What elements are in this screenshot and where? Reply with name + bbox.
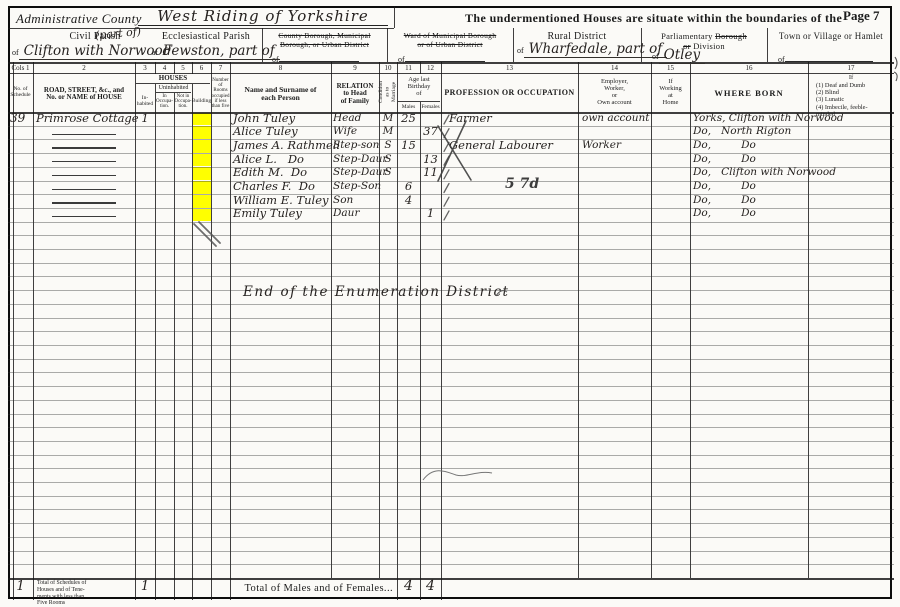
grid-hline xyxy=(8,304,894,305)
person-age-m: 6 xyxy=(398,180,419,194)
header-schedule: No. of Schedule xyxy=(9,76,32,110)
col-number: 5 xyxy=(175,63,191,73)
grid-hline xyxy=(8,386,894,387)
pencil-note: 5 7d xyxy=(505,176,539,192)
grid-hline xyxy=(8,331,894,332)
grid-hline xyxy=(8,496,894,497)
ditto-dash xyxy=(52,216,116,217)
grid-hline xyxy=(8,345,894,346)
highlight-cell xyxy=(193,181,211,194)
header-age-group: Age last Birthday of xyxy=(398,74,440,102)
header-building: Building xyxy=(192,96,211,108)
header-houses-group: HOUSES xyxy=(136,74,210,84)
ecclesiastical-parish-entry: atFewston, part of xyxy=(152,42,280,60)
county-borough-title: County Borough, Municipal Borough, or Ur… xyxy=(264,31,385,49)
highlight-cell xyxy=(193,209,211,222)
col-number: 3 xyxy=(136,63,154,73)
header-infirmity-title: If xyxy=(808,74,894,82)
col-number: 11 xyxy=(398,63,419,73)
person-condition: S xyxy=(380,139,396,153)
town-blank xyxy=(785,52,873,62)
col-number: 10 xyxy=(380,63,396,73)
highlight-cell xyxy=(193,195,211,208)
grid-hline xyxy=(8,235,894,236)
person-schedule: 39 xyxy=(10,112,32,126)
grid-hline xyxy=(8,249,894,250)
person-born: Do, Do xyxy=(693,207,811,221)
person-profession: Farmer xyxy=(449,112,577,126)
census-form-page: Administrative County West Riding of Yor… xyxy=(0,0,900,607)
header-rooms: Number of Rooms occupied if less than fi… xyxy=(211,77,230,110)
person-born: Do, Clifton with Norwood xyxy=(693,166,811,180)
grid-hline xyxy=(8,468,894,469)
ditto-dash xyxy=(52,175,116,176)
col-number: 4 xyxy=(156,63,173,73)
person-name: Alice L. Do xyxy=(233,153,331,167)
person-name: James A. Rathmell xyxy=(233,139,331,153)
ditto-dash xyxy=(52,147,116,148)
grid-hline xyxy=(8,523,894,524)
col-number: 13 xyxy=(442,63,577,73)
footer-inhabited-total: 1 xyxy=(135,579,155,594)
grid-vline xyxy=(155,578,156,600)
highlight-cell xyxy=(193,126,211,139)
highlight-cell xyxy=(193,154,211,167)
ditto-dash xyxy=(52,161,116,162)
header-name: Name and Surname of each Person xyxy=(230,83,331,105)
person-employer: Worker xyxy=(582,139,650,153)
col-number: 14 xyxy=(579,63,650,73)
header-not-in-occupation: Not in Occupa- tion. xyxy=(174,93,192,110)
person-age-m: 4 xyxy=(398,194,419,208)
grid-hline xyxy=(8,318,894,319)
page-number: Page 7 xyxy=(843,8,879,24)
person-age-f: 11 xyxy=(421,166,440,180)
person-relation: Step-Daur xyxy=(333,166,378,180)
col-number: 15 xyxy=(652,63,689,73)
header-condition-text: Condition as to Marriage xyxy=(378,81,398,103)
person-name: John Tuley xyxy=(233,112,331,126)
county-borough-blank xyxy=(279,52,359,62)
person-relation: Daur xyxy=(333,207,378,221)
grid-vline xyxy=(192,578,193,600)
header-home: If Working at Home xyxy=(651,77,690,109)
grid-vline xyxy=(33,578,34,600)
header-uninhabited-group: Uninhabited xyxy=(156,84,191,93)
parliamentary-value: Otley xyxy=(659,47,705,64)
grid-hline xyxy=(8,551,894,552)
person-name: Edith M. Do xyxy=(233,166,331,180)
grid-hline xyxy=(8,276,894,277)
person-condition: S xyxy=(380,153,396,167)
person-born: Do, Do xyxy=(693,180,811,194)
person-road: Primrose Cottage xyxy=(36,112,135,126)
header-born: WHERE BORN xyxy=(690,86,808,100)
person-relation: Son xyxy=(333,194,378,208)
highlight-cell xyxy=(193,167,211,180)
rural-district-value: Wharfedale, part of xyxy=(524,41,668,58)
person-name: William E. Tuley xyxy=(233,194,331,208)
footer-houses-label: Total of Schedules of Houses and of Tene… xyxy=(37,580,133,607)
ecclesiastical-parish-title: Ecclesiastical Parish xyxy=(150,31,262,42)
end-of-district-note: End of the Enumeration District xyxy=(243,284,509,300)
header-age-females: Females xyxy=(420,103,441,112)
ditto-dash xyxy=(52,189,116,190)
header-inhabited: In- habited xyxy=(135,93,155,110)
person-born: Yorks, Clifton with Norwood xyxy=(693,112,811,126)
undermentioned-text: The undermentioned Houses are situate wi… xyxy=(465,11,842,26)
grid-hline xyxy=(8,400,894,401)
header-in-occupation: In Occupa- tion. xyxy=(155,93,174,110)
person-born: Do, Do xyxy=(693,139,811,153)
admin-county-value: West Riding of Yorkshire xyxy=(138,7,388,26)
footer-females-total: 4 xyxy=(420,578,441,594)
person-name: Charles F. Do xyxy=(233,180,331,194)
person-employer: own account xyxy=(582,112,650,126)
header-profession: PROFESSION OR OCCUPATION xyxy=(441,86,578,100)
col-number: 6 xyxy=(193,63,210,73)
parliamentary-title-part: Parliamentary xyxy=(661,31,715,41)
person-relation: Wife xyxy=(333,125,378,139)
person-born: Do, Do xyxy=(693,153,811,167)
col-number: 17 xyxy=(809,63,893,73)
grid-hline xyxy=(8,222,894,223)
town-title: Town or Village or Hamlet xyxy=(769,31,893,41)
grid-hline xyxy=(8,455,894,456)
header-condition: Condition as to Marriage xyxy=(379,73,397,112)
col-number: 7 xyxy=(212,63,229,73)
grid-hline xyxy=(8,537,894,538)
district-divider xyxy=(513,28,514,62)
grid-hline xyxy=(8,482,894,483)
header-employer: Employer, Worker, or Own account xyxy=(578,77,651,109)
district-divider xyxy=(387,28,388,62)
highlight-cell xyxy=(193,113,211,126)
person-condition: M xyxy=(380,112,396,126)
person-age-f: 13 xyxy=(421,153,440,167)
col-number: Cols 1 xyxy=(9,63,32,73)
person-inhabited: 1 xyxy=(136,112,154,126)
district-divider xyxy=(767,28,768,62)
top-band-divider xyxy=(394,6,395,28)
person-age-f: 37 xyxy=(421,125,440,139)
person-relation: Step-son xyxy=(333,139,378,153)
rural-district-prefix: of xyxy=(517,46,524,55)
margin-scribbles xyxy=(894,57,897,81)
person-name: Alice Tuley xyxy=(233,125,331,139)
person-condition: S xyxy=(380,166,396,180)
header-road: ROAD, STREET, &c., and No. or NAME of HO… xyxy=(34,80,134,108)
grid-hline xyxy=(8,372,894,373)
grid-vline xyxy=(211,578,212,600)
col-number: 9 xyxy=(332,63,378,73)
grid-hline xyxy=(8,509,894,510)
footer-males-total: 4 xyxy=(397,578,420,594)
parliamentary-prefix: of xyxy=(652,52,659,61)
footer-totals-label: Total of Males and of Females... xyxy=(230,578,393,600)
grid-vline xyxy=(441,578,442,600)
person-relation: Step-Daur xyxy=(333,153,378,167)
grid-hline xyxy=(8,427,894,428)
person-age-f: 1 xyxy=(421,207,440,221)
col-number: 2 xyxy=(34,63,134,73)
parliamentary-entry: ofOtley xyxy=(652,46,705,64)
grid-vline xyxy=(174,578,175,600)
person-relation: Step-Son xyxy=(333,180,378,194)
col-number: 8 xyxy=(231,63,330,73)
col-number: 16 xyxy=(691,63,807,73)
ditto-dash xyxy=(52,202,116,203)
person-age-m: 15 xyxy=(398,139,419,153)
parliamentary-title-struck: Borough xyxy=(715,31,747,41)
grid-hline xyxy=(8,414,894,415)
grid-hline xyxy=(8,263,894,264)
civil-parish-prefix: of xyxy=(12,48,19,57)
person-condition: M xyxy=(380,125,396,139)
footer-schedule-total: 1 xyxy=(8,579,33,594)
person-relation: Head xyxy=(333,112,378,126)
grid-hline xyxy=(8,564,894,565)
highlight-cell xyxy=(193,140,211,153)
grid-hline xyxy=(8,359,894,360)
ward-blank xyxy=(405,52,485,62)
top-band-rule xyxy=(8,28,394,29)
header-relation: RELATION to Head of Family xyxy=(331,81,379,107)
ward-title: Ward of Municipal Borough or of Urban Di… xyxy=(389,31,511,49)
person-name: Emily Tuley xyxy=(233,207,331,221)
ecclesiastical-parish-prefix: at xyxy=(152,48,158,57)
grid-hline xyxy=(8,441,894,442)
person-born: Do, North Rigton xyxy=(693,125,811,139)
person-born: Do, Do xyxy=(693,194,811,208)
col-number: 12 xyxy=(421,63,440,73)
person-profession: General Labourer xyxy=(449,139,577,153)
rural-district-entry: ofWharfedale, part of xyxy=(517,40,667,58)
admin-county-label: Administrative County xyxy=(16,11,142,27)
person-age-m: 25 xyxy=(398,112,419,126)
ditto-dash xyxy=(52,134,116,135)
ecclesiastical-parish-value: Fewston, part of xyxy=(158,43,280,60)
